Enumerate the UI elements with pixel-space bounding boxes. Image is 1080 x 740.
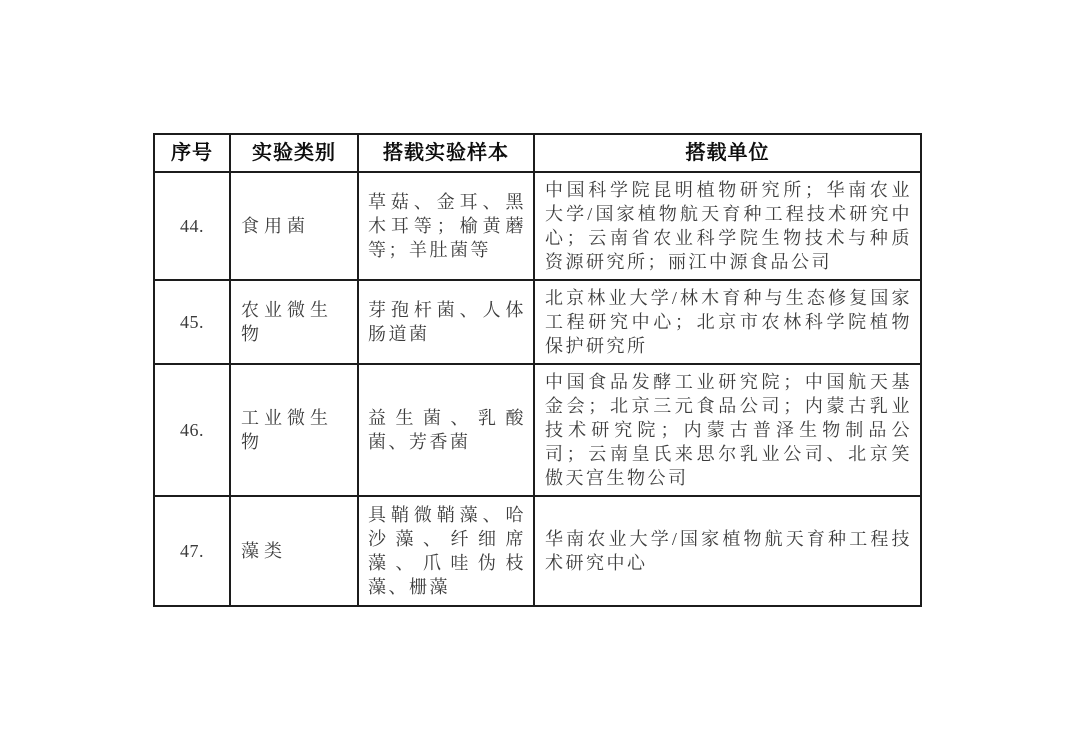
table-row: 44. 食用菌 草菇、金耳、黑木耳等；榆黄蘑等；羊肚菌等 中国科学院昆明植物研究… bbox=[154, 172, 921, 280]
cell-no: 44. bbox=[154, 172, 230, 280]
header-cell-samples: 搭载实验样本 bbox=[358, 134, 534, 172]
header-cell-category: 实验类别 bbox=[230, 134, 358, 172]
table-row: 45. 农业微生物 芽孢杆菌、人体肠道菌 北京林业大学/林木育种与生态修复国家工… bbox=[154, 280, 921, 364]
document-page: 序号 实验类别 搭载实验样本 搭载单位 44. 食用菌 草菇、金耳、黑木耳等；榆… bbox=[0, 0, 1080, 740]
cell-samples: 益生菌、乳酸菌、芳香菌 bbox=[358, 364, 534, 496]
cell-samples: 芽孢杆菌、人体肠道菌 bbox=[358, 280, 534, 364]
cell-samples: 草菇、金耳、黑木耳等；榆黄蘑等；羊肚菌等 bbox=[358, 172, 534, 280]
cell-no: 47. bbox=[154, 496, 230, 606]
cell-category: 工业微生物 bbox=[230, 364, 358, 496]
cell-units: 华南农业大学/国家植物航天育种工程技术研究中心 bbox=[534, 496, 921, 606]
table-header-row: 序号 实验类别 搭载实验样本 搭载单位 bbox=[154, 134, 921, 172]
cell-units: 中国食品发酵工业研究院；中国航天基金会；北京三元食品公司；内蒙古乳业技术研究院；… bbox=[534, 364, 921, 496]
header-cell-no: 序号 bbox=[154, 134, 230, 172]
cell-category: 农业微生物 bbox=[230, 280, 358, 364]
payload-experiments-table: 序号 实验类别 搭载实验样本 搭载单位 44. 食用菌 草菇、金耳、黑木耳等；榆… bbox=[153, 133, 922, 607]
header-cell-units: 搭载单位 bbox=[534, 134, 921, 172]
table-row: 47. 藻类 具鞘微鞘藻、哈沙藻、纤细席藻、爪哇伪枝藻、栅藻 华南农业大学/国家… bbox=[154, 496, 921, 606]
cell-units: 北京林业大学/林木育种与生态修复国家工程研究中心；北京市农林科学院植物保护研究所 bbox=[534, 280, 921, 364]
cell-no: 46. bbox=[154, 364, 230, 496]
cell-category: 藻类 bbox=[230, 496, 358, 606]
cell-units: 中国科学院昆明植物研究所；华南农业大学/国家植物航天育种工程技术研究中心；云南省… bbox=[534, 172, 921, 280]
cell-samples: 具鞘微鞘藻、哈沙藻、纤细席藻、爪哇伪枝藻、栅藻 bbox=[358, 496, 534, 606]
table-row: 46. 工业微生物 益生菌、乳酸菌、芳香菌 中国食品发酵工业研究院；中国航天基金… bbox=[154, 364, 921, 496]
cell-no: 45. bbox=[154, 280, 230, 364]
cell-category: 食用菌 bbox=[230, 172, 358, 280]
